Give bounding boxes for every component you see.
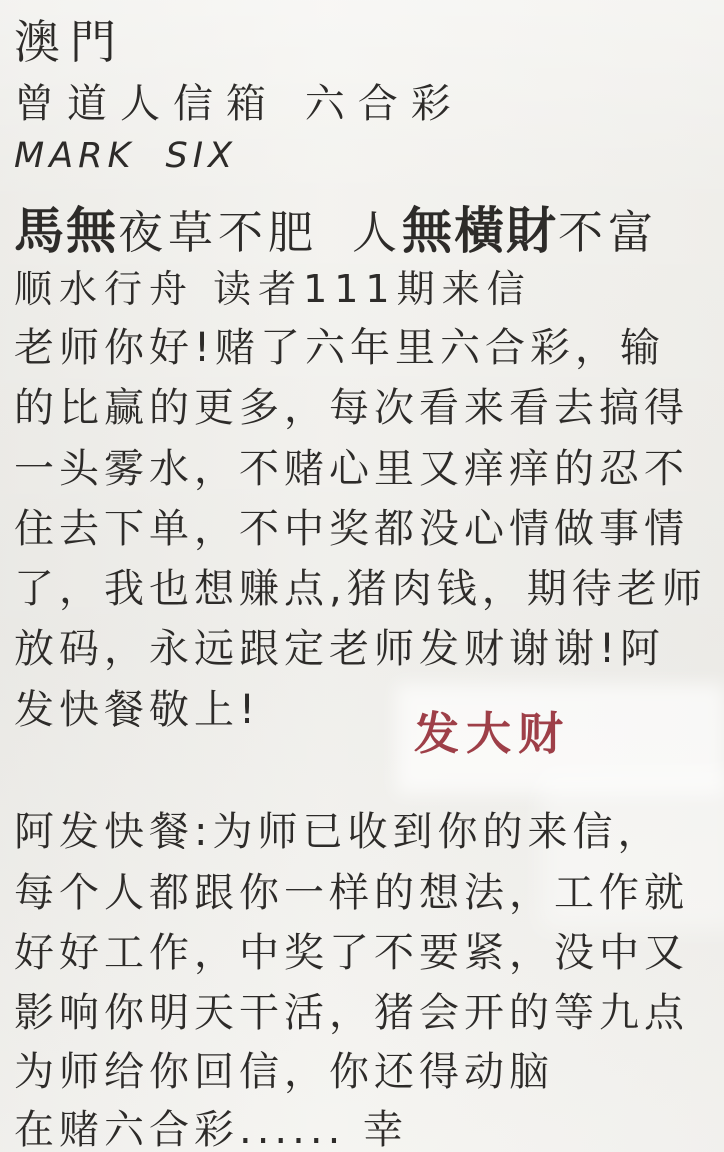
reader-letter-line: 老师你好!赌了六年里六合彩，输: [14, 316, 665, 373]
reply-line: 每个人都跟你一样的想法，工作就: [14, 861, 689, 918]
reader-letter-line: 一头雾水，不赌心里又痒痒的忍不: [14, 437, 689, 494]
motto-hand-segment-2: 人: [352, 206, 402, 259]
red-fortune-text: 发大财: [414, 697, 570, 762]
latin-title: MARK SIX: [14, 136, 237, 176]
reader-letter-line: 了，我也想赚点,猪肉钱，期待老师: [14, 557, 707, 614]
reader-letter-line: 放码，永远跟定老师发财谢谢!阿: [14, 617, 665, 674]
issue-heading: 顺水行舟 读者111期来信: [14, 258, 532, 313]
mailbox-title: 曾道人信箱 六合彩: [14, 72, 464, 129]
reader-letter-line: 住去下单，不中奖都没心情做事情: [14, 497, 689, 554]
reader-letter-line: 发快餐敬上!: [14, 678, 260, 735]
reply-line: 好好工作，中奖了不要紧，没中又: [14, 921, 689, 978]
reply-line: 影响你明天干活，猪会开的等九点: [14, 981, 689, 1038]
motto-bold-segment-2: 無橫財: [402, 202, 558, 260]
reply-line: 阿发快餐:为师已收到你的来信，: [14, 800, 662, 857]
motto-hand-segment-1: 夜草不肥: [118, 206, 318, 259]
region-title: 澳門: [14, 6, 126, 72]
reply-line: 在赌六合彩...... 幸: [14, 1098, 408, 1152]
reader-letter-line: 的比赢的更多，每次看来看去搞得: [14, 376, 689, 433]
handwritten-letter-photo: 澳門 曾道人信箱 六合彩 MARK SIX 馬無夜草不肥人無橫財不富 顺水行舟 …: [0, 0, 724, 1152]
motto-hand-segment-3: 不富: [558, 206, 658, 259]
reply-line: 为师给你回信，你还得动脑: [14, 1040, 554, 1097]
motto-line: 馬無夜草不肥人無橫財不富: [14, 191, 658, 263]
motto-bold-segment-1: 馬無: [14, 202, 118, 260]
